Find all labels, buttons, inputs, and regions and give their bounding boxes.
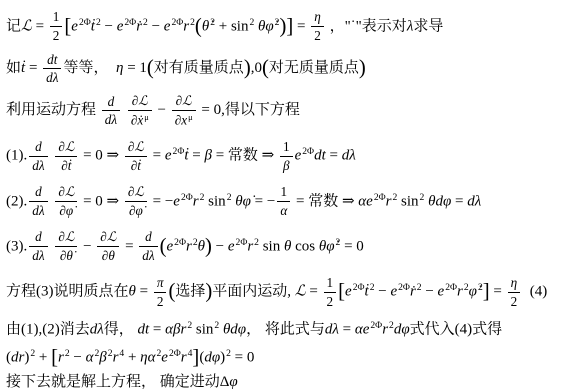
fraction: dtdλ [43, 52, 61, 87]
fraction: η2 [311, 9, 324, 44]
math-document: 记ℒ = 12[e2Φṫ2 − e2Φṙ2 − e2Φr2(θ̇2 + sin2… [0, 0, 577, 389]
fraction: ∂ℒ∂ẋμ [128, 93, 152, 128]
fraction: 12 [50, 9, 63, 44]
line-equation-2-phi: (2).ddλ ∂ℒ∂φ̇ = 0 ⇒ ∂ℒ∂φ̇ = −e2Φr2 sin2 … [6, 178, 575, 221]
line-orbit-equation: (dr)2 + [r2 − α2β2r4 + ηα2e2Φr4](dφ)2 = … [6, 342, 575, 369]
fraction: ∂ℒ∂φ̇ [125, 184, 147, 219]
line-equation-3-theta: (3).ddλ ∂ℒ∂θ̇ − ∂ℒ∂θ = ddλ(e2Φr2θ̇) − e2… [6, 223, 575, 266]
fraction: 1β [280, 139, 293, 174]
line-eliminate-dlambda: 由(1),(2)消去dλ得， dt = αβr2 sin2 θdφ， 将此式与d… [6, 314, 575, 341]
line-dot-notation-and-eta: 如ṫ = dtdλ等等， η = 1(对有质量质点),0(对无质量质点) [6, 48, 575, 88]
fraction: ddλ [29, 184, 47, 219]
fraction: ∂ℒ∂xμ [172, 93, 196, 128]
fraction: ddλ [139, 229, 157, 264]
fraction: ∂ℒ∂θ [97, 229, 119, 264]
line-euler-lagrange-equation: 利用运动方程 ddλ ∂ℒ∂ẋμ − ∂ℒ∂xμ = 0,得以下方程 [6, 90, 575, 130]
line-equation-1-t: (1).ddλ ∂ℒ∂ṫ = 0 ⇒ ∂ℒ∂ṫ = e2Φṫ = β = 常数 … [6, 132, 575, 175]
fraction: η2 [508, 275, 521, 310]
fraction: ddλ [29, 139, 47, 174]
fraction: 1α [277, 184, 290, 219]
fraction: 12 [324, 275, 337, 310]
fraction: ddλ [102, 94, 120, 129]
line-lagrangian-definition: 记ℒ = 12[e2Φṫ2 − e2Φṙ2 − e2Φr2(θ̇2 + sin2… [6, 3, 575, 46]
fraction: π2 [154, 275, 167, 310]
line-conclusion-precession: 接下去就是解上方程， 确定进动Δφ [6, 370, 575, 389]
line-planar-motion-equation-4: 方程(3)说明质点在θ = π2(选择)平面内运动, ℒ = 12[e2Φṫ2 … [6, 268, 575, 311]
fraction: ∂ℒ∂φ̇ [55, 184, 77, 219]
fraction: ∂ℒ∂ṫ [55, 139, 77, 174]
fraction: ∂ℒ∂ṫ [125, 139, 147, 174]
fraction: ddλ [29, 229, 47, 264]
fraction: ∂ℒ∂θ̇ [55, 229, 77, 264]
